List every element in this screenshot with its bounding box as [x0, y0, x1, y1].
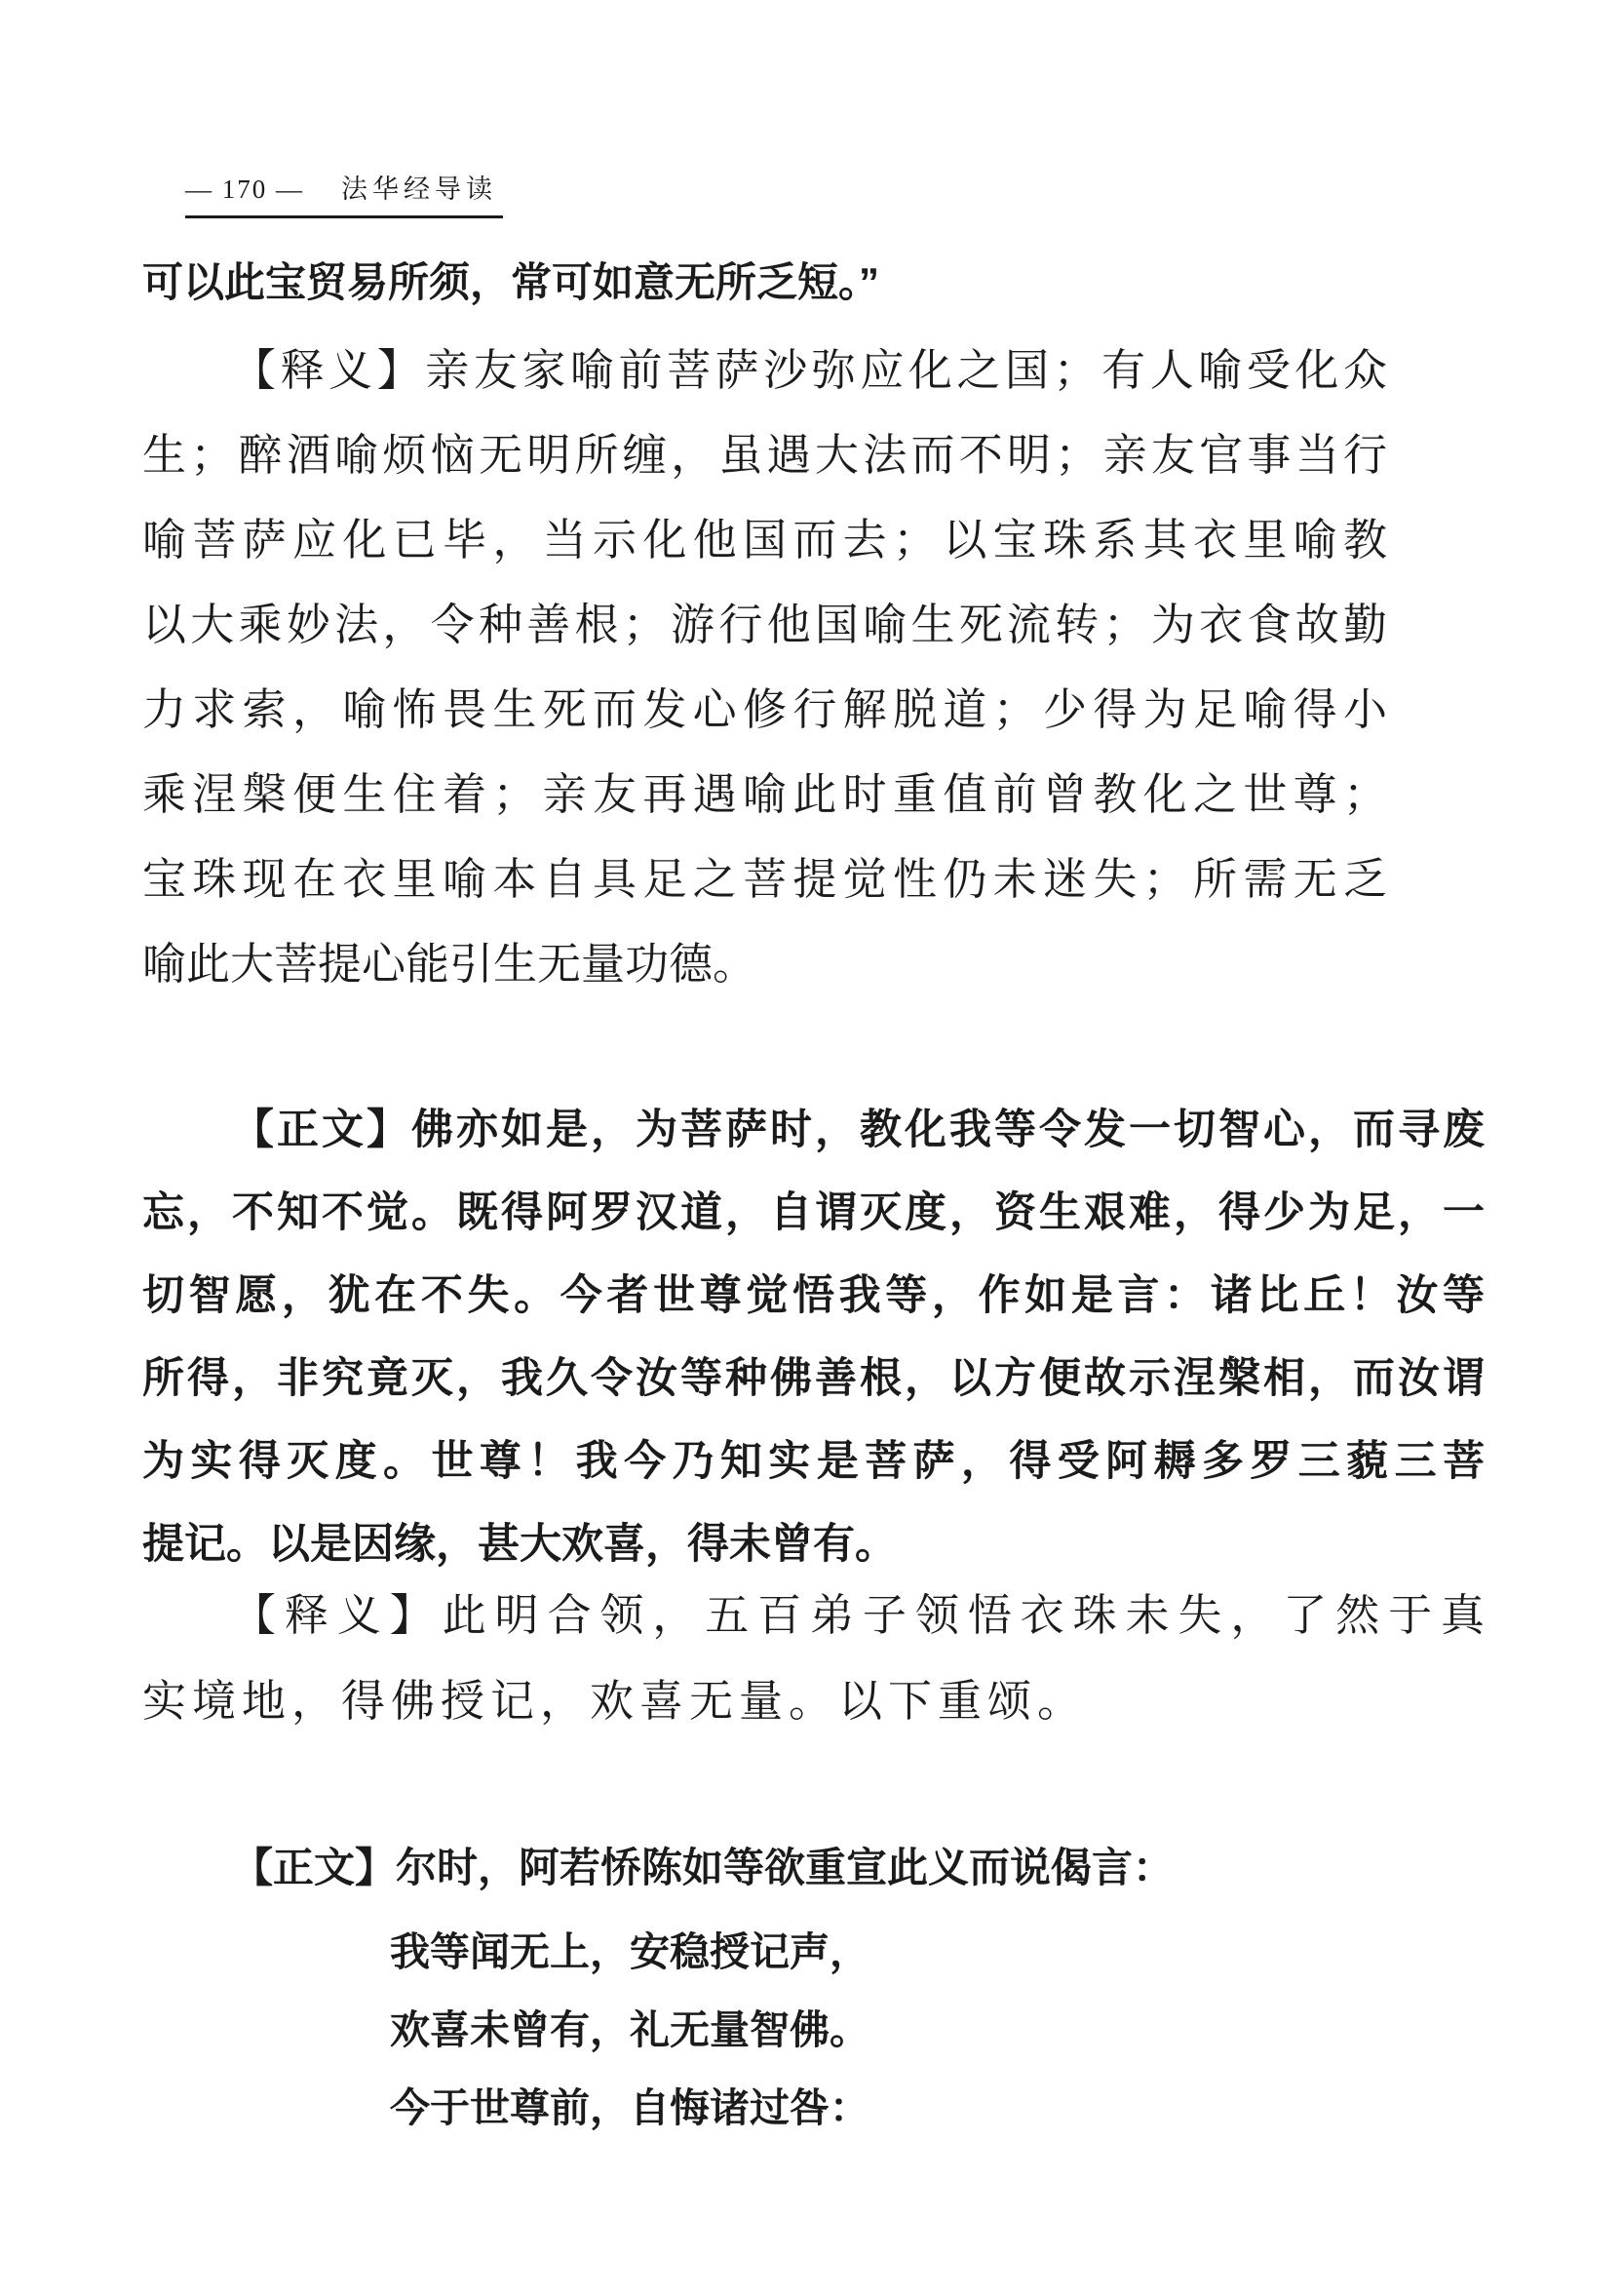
page-number: — 170 —: [185, 175, 304, 205]
scripture-line: 【正文】佛亦如是，为菩萨时，教化我等令发一切智心，而寻废: [142, 1089, 1485, 1172]
commentary-line: 实境地，得佛授记，欢喜无量。以下重颂。: [142, 1658, 1485, 1744]
book-page: — 170 — 法华经导读 可以此宝贸易所须，常可如意无所乏短。” 【释义】亲友…: [0, 0, 1622, 2296]
verse-line: 欢喜未曾有，礼无量智佛。: [390, 1991, 869, 2069]
scripture-line: 【正文】尔时，阿若㤭陈如等欲重宣此义而说偈言：: [142, 1825, 1174, 1910]
scripture-line: 为实得灭度。世尊！我今乃知实是菩萨，得受阿耨多罗三藐三菩: [142, 1420, 1485, 1503]
commentary-paragraph-1: 【释义】亲友家喻前菩萨沙弥应化之国；有人喻受化众 生；醉酒喻烦恼无明所缠，虽遇大…: [142, 329, 1387, 1007]
commentary-line: 喻此大菩提心能引生无量功德。: [142, 922, 1387, 1007]
verse-block: 我等闻无上，安稳授记声， 欢喜未曾有，礼无量智佛。 今于世尊前，自悔诸过咎：: [390, 1913, 869, 2147]
commentary-line: 【释义】亲友家喻前菩萨沙弥应化之国；有人喻受化众: [142, 329, 1387, 413]
verse-intro-paragraph: 【正文】尔时，阿若㤭陈如等欲重宣此义而说偈言：: [142, 1825, 1174, 1910]
verse-line: 我等闻无上，安稳授记声，: [390, 1913, 869, 1991]
commentary-line: 喻菩萨应化已毕，当示化他国而去；以宝珠系其衣里喻教: [142, 498, 1387, 583]
commentary-line: 以大乘妙法，令种善根；游行他国喻生死流转；为衣食故勤: [142, 583, 1387, 668]
commentary-line: 【释义】此明合领，五百弟子领悟衣珠未失，了然于真: [142, 1573, 1485, 1658]
page-header: — 170 — 法华经导读: [185, 168, 503, 218]
commentary-line: 力求索，喻怖畏生死而发心修行解脱道；少得为足喻得小: [142, 668, 1387, 753]
verse-line: 今于世尊前，自悔诸过咎：: [390, 2069, 869, 2147]
commentary-line: 宝珠现在衣里喻本自具足之菩提觉性仍未迷失；所需无乏: [142, 837, 1387, 922]
commentary-line: 乘涅槃便生住着；亲友再遇喻此时重值前曾教化之世尊；: [142, 753, 1387, 837]
commentary-line: 生；醉酒喻烦恼无明所缠，虽遇大法而不明；亲友官事当行: [142, 413, 1387, 498]
scripture-line: 切智愿，犹在不失。今者世尊觉悟我等，作如是言：诸比丘！汝等: [142, 1255, 1485, 1338]
main-text-paragraph: 【正文】佛亦如是，为菩萨时，教化我等令发一切智心，而寻废 忘，不知不觉。既得阿罗…: [142, 1089, 1485, 1586]
scripture-quote-paragraph: 可以此宝贸易所须，常可如意无所乏短。”: [142, 240, 879, 326]
commentary-paragraph-2: 【释义】此明合领，五百弟子领悟衣珠未失，了然于真 实境地，得佛授记，欢喜无量。以…: [142, 1573, 1485, 1744]
scripture-line: 可以此宝贸易所须，常可如意无所乏短。”: [142, 240, 879, 326]
scripture-line: 所得，非究竟灭，我久令汝等种佛善根，以方便故示涅槃相，而汝谓: [142, 1338, 1485, 1420]
book-title: 法华经导读: [341, 168, 497, 206]
scripture-line: 忘，不知不觉。既得阿罗汉道，自谓灭度，资生艰难，得少为足，一: [142, 1172, 1485, 1255]
